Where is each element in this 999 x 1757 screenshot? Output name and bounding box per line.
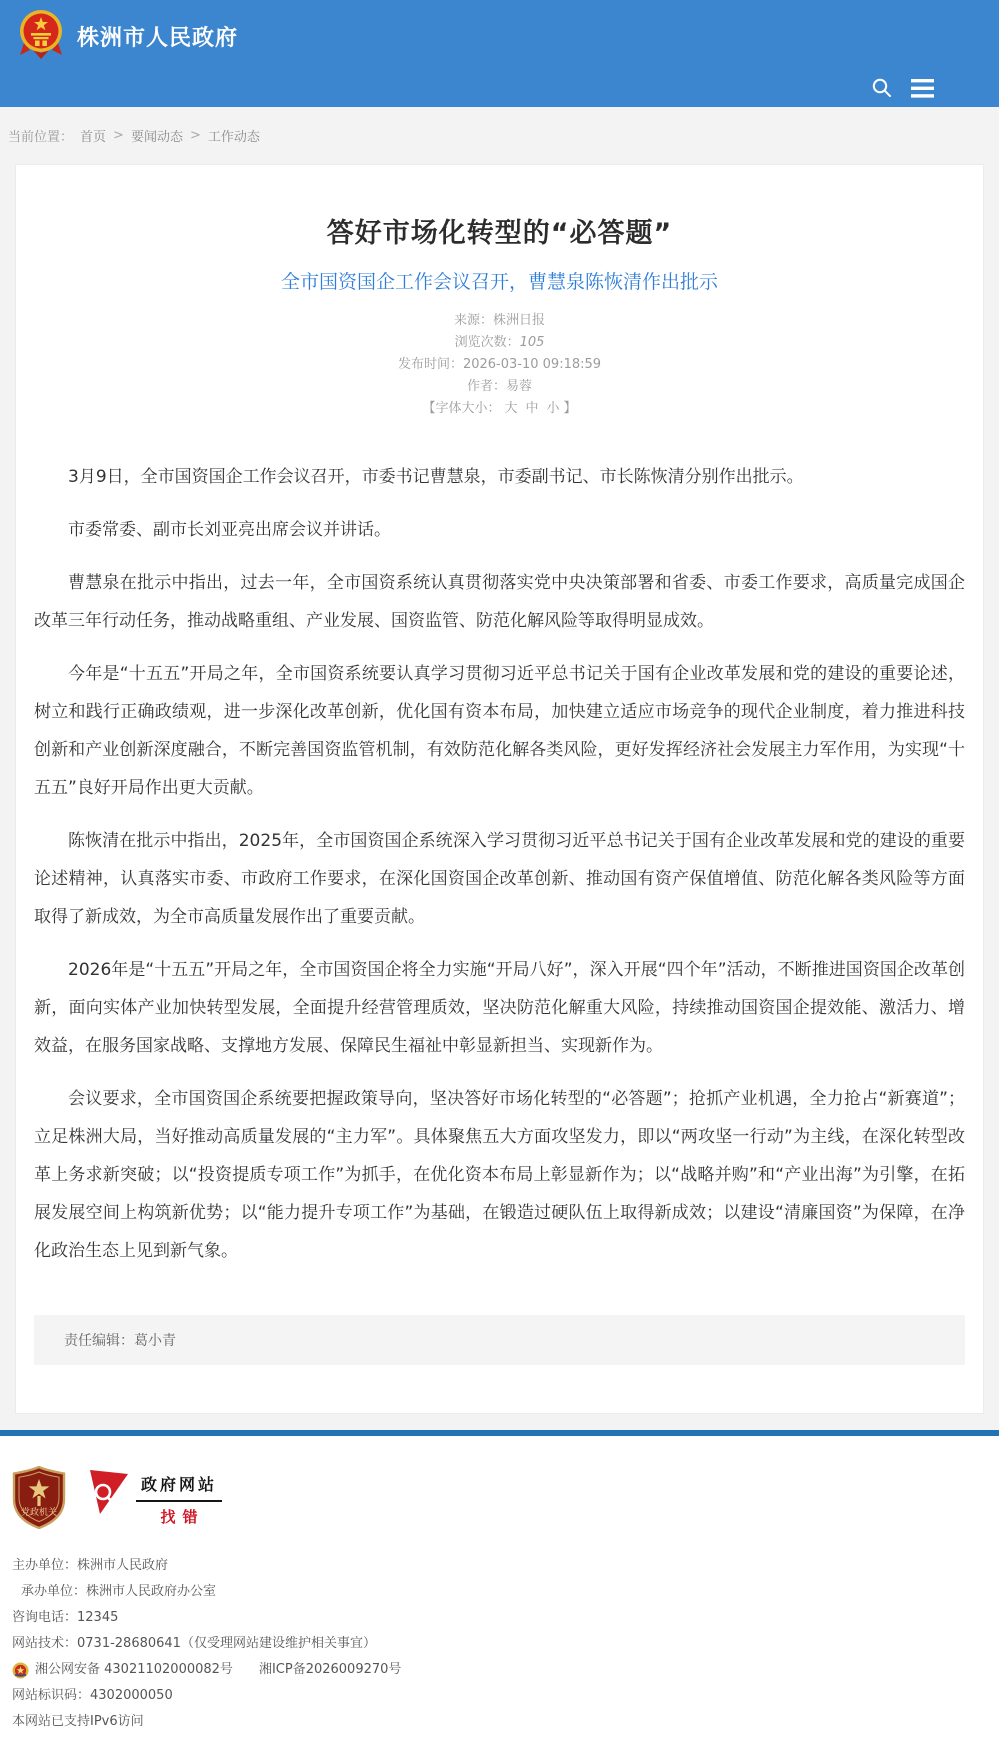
footer-tech-text: 网站技术：0731-28680641（仅受理网站建设维护相关事宜）	[12, 1631, 376, 1657]
article-subtitle: 全市国资国企工作会议召开，曹慧泉陈恢清作出批示	[34, 267, 965, 294]
breadcrumb-separator: >	[113, 128, 124, 143]
footer-tech-line: 网站技术：0731-28680641（仅受理网站建设维护相关事宜）	[12, 1631, 999, 1657]
breadcrumb-label: 当前位置：	[8, 126, 73, 145]
font-size-medium-button[interactable]: 中	[525, 401, 538, 416]
hamburger-menu-icon[interactable]	[910, 76, 934, 100]
footer-ipv6-line: 本网站已支持IPv6访问	[12, 1709, 999, 1735]
site-logo[interactable]	[18, 9, 64, 63]
font-size-small-button[interactable]: 小	[547, 401, 560, 416]
site-title: 株洲市人民政府	[77, 21, 238, 52]
police-badge-icon	[12, 1662, 29, 1679]
article-paragraph: 今年是“十五五”开局之年，全市国资系统要认真学习贯彻习近平总书记关于国有企业改革…	[34, 655, 965, 807]
article-paragraph: 陈恢清在批示中指出，2025年，全市国资国企系统深入学习贯彻习近平总书记关于国有…	[34, 822, 965, 936]
footer-site-code-text: 网站标识码：4302000050	[12, 1683, 173, 1709]
footer-beian-line: 湘公网安备 43021102000082号 湘ICP备2026009270号	[12, 1657, 999, 1683]
meta-font-size: 【字体大小：大中小】	[34, 398, 965, 420]
article-paragraph: 会议要求，全市国资国企系统要把握政策导向，坚决答好市场化转型的“必答题”；抢抓产…	[34, 1080, 965, 1270]
meta-publish-time: 发布时间：2026-03-10 09:18:59	[34, 354, 965, 376]
meta-publish-value: 2026-03-10 09:18:59	[463, 357, 601, 372]
breadcrumb-separator: >	[190, 128, 201, 143]
footer-phone-text: 咨询电话：12345	[12, 1605, 118, 1631]
shield-badge-icon: 党政机关	[12, 1466, 66, 1529]
editor-label: 责任编辑：葛小青	[64, 1330, 176, 1350]
breadcrumb-link-news[interactable]: 要闻动态	[131, 126, 183, 145]
error-report-triangle-icon	[90, 1470, 128, 1514]
article-paragraph: 2026年是“十五五”开局之年，全市国资国企将全力实施“开局八好”，深入开展“四…	[34, 951, 965, 1065]
footer-organizer-line: 承办单位：株洲市人民政府办公室	[12, 1579, 999, 1605]
footer-site-code-line: 网站标识码：4302000050	[12, 1683, 999, 1709]
footer-info: 主办单位：株洲市人民政府 承办单位：株洲市人民政府办公室 咨询电话：12345 …	[12, 1553, 999, 1735]
article-paragraph: 市委常委、副市长刘亚亮出席会议并讲话。	[34, 511, 965, 549]
font-size-suffix: 】	[564, 401, 577, 416]
meta-author-value: 易蓉	[506, 379, 532, 394]
meta-publish-label: 发布时间：	[398, 357, 463, 372]
error-report-line2: 找错	[136, 1506, 222, 1527]
footer-phone-line: 咨询电话：12345	[12, 1605, 999, 1631]
site-footer: 党政机关 政府网站 找错 主办单位：株洲市人民政府 承办单位：株洲市人民政府办公…	[0, 1430, 999, 1757]
footer-host-text: 主办单位：株洲市人民政府	[12, 1553, 168, 1579]
website-error-report-widget[interactable]: 政府网站 找错	[90, 1470, 222, 1527]
meta-source-value: 株洲日报	[493, 313, 545, 328]
font-size-large-button[interactable]: 大	[504, 401, 517, 416]
meta-source-label: 来源：	[454, 313, 493, 328]
footer-ipv6-text: 本网站已支持IPv6访问	[12, 1709, 144, 1735]
editor-bar: 责任编辑：葛小青	[34, 1315, 965, 1365]
meta-source: 来源：株洲日报	[34, 310, 965, 332]
national-emblem-icon	[18, 9, 64, 59]
meta-views-value: 105	[520, 335, 545, 350]
meta-views-label: 浏览次数：	[455, 335, 520, 350]
icp-beian-link[interactable]: 湘ICP备2026009270号	[259, 1657, 401, 1683]
breadcrumb: 当前位置： 首页 > 要闻动态 > 工作动态	[0, 107, 999, 164]
breadcrumb-link-home[interactable]: 首页	[80, 126, 106, 145]
site-header: 株洲市人民政府	[0, 0, 999, 107]
party-government-badge[interactable]: 党政机关	[12, 1466, 66, 1533]
gongan-beian-link[interactable]: 湘公网安备 43021102000082号	[35, 1657, 233, 1683]
footer-organizer-text: 承办单位：株洲市人民政府办公室	[21, 1579, 216, 1605]
meta-author-label: 作者：	[467, 379, 506, 394]
article-body: 3月9日，全市国资国企工作会议召开，市委书记曹慧泉，市委副书记、市长陈恢清分别作…	[34, 458, 965, 1270]
article-meta: 来源：株洲日报 浏览次数：105 发布时间：2026-03-10 09:18:5…	[34, 310, 965, 420]
font-size-label: 【字体大小：	[422, 401, 500, 416]
article-title: 答好市场化转型的“必答题”	[34, 211, 965, 250]
search-icon[interactable]	[870, 76, 894, 100]
meta-views: 浏览次数：105	[34, 332, 965, 354]
meta-author: 作者：易蓉	[34, 376, 965, 398]
footer-badges: 党政机关 政府网站 找错	[12, 1466, 999, 1533]
article-container: 答好市场化转型的“必答题” 全市国资国企工作会议召开，曹慧泉陈恢清作出批示 来源…	[15, 164, 984, 1414]
footer-host-line: 主办单位：株洲市人民政府	[12, 1553, 999, 1579]
breadcrumb-link-work[interactable]: 工作动态	[208, 126, 260, 145]
badge-label: 党政机关	[21, 1506, 57, 1518]
error-report-text: 政府网站 找错	[136, 1470, 222, 1527]
article-paragraph: 曹慧泉在批示中指出，过去一年，全市国资系统认真贯彻落实党中央决策部署和省委、市委…	[34, 564, 965, 640]
article-paragraph: 3月9日，全市国资国企工作会议召开，市委书记曹慧泉，市委副书记、市长陈恢清分别作…	[34, 458, 965, 496]
error-report-line1: 政府网站	[136, 1470, 222, 1502]
